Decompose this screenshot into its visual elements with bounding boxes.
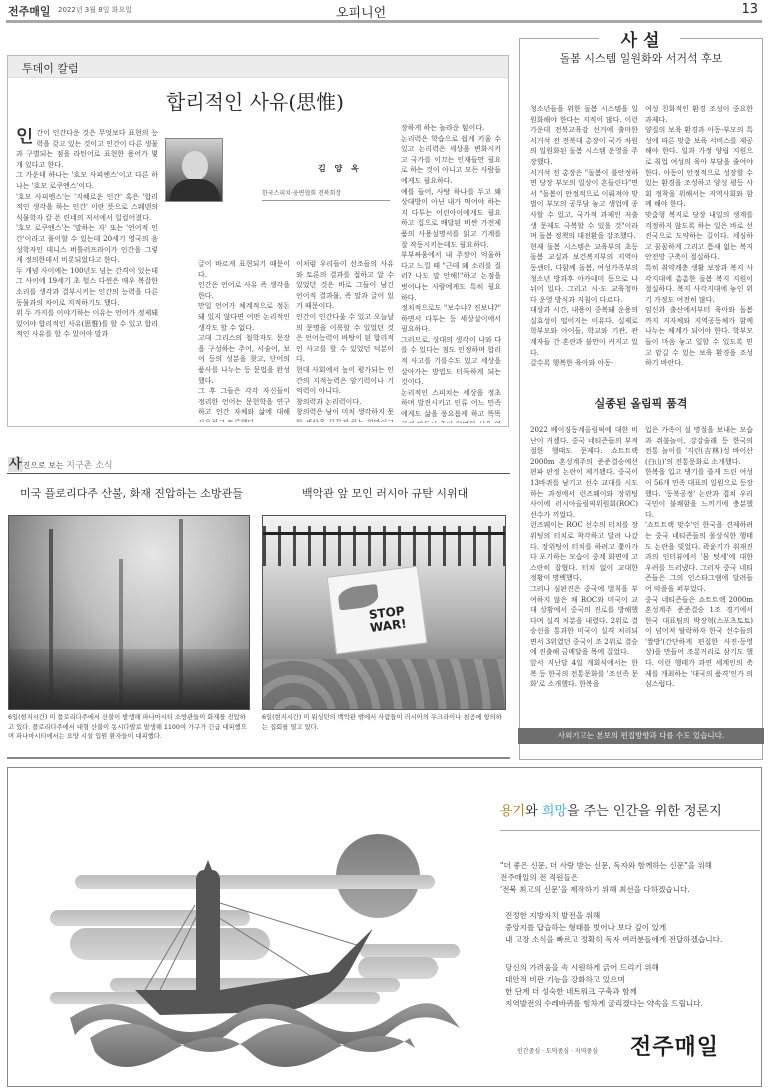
author-photo bbox=[165, 138, 223, 202]
editorial-2-col1: 2022 베이징동계올림픽에 대한 비난이 거셌다. 중국 네티즌들의 부적절한… bbox=[530, 425, 638, 717]
photo-1-title: 미국 플로리다주 산불, 화재 진압하는 소방관들 bbox=[20, 485, 243, 501]
protest-sign: STOP WAR! bbox=[327, 566, 428, 655]
section-initial: 사 bbox=[8, 457, 23, 472]
ad-paragraph-1: "더 좋은 신문, 더 사랑 받는 신문, 독자와 함께하는 신문"을 위해 전… bbox=[500, 860, 760, 896]
burnt-ground bbox=[9, 649, 249, 709]
photo-2-caption: 6일(현지시간) 미 워싱턴의 백악관 밖에서 사람들이 러시아의 우크라이나 … bbox=[262, 713, 506, 732]
ad-headline-hope: 희망 bbox=[542, 804, 567, 819]
page-number: 13 bbox=[741, 2, 758, 17]
issue-date: 2022년 3월 8일 화요일 bbox=[58, 5, 132, 15]
sign-text: STOP WAR! bbox=[368, 605, 408, 635]
ad-headline-connector: 와 bbox=[525, 804, 542, 819]
column-text-col2: 글이 바르게 표현되기 때문이다. 인간은 언어로 사유 즉 생각을 한다. 만… bbox=[198, 259, 290, 422]
editorial-headline-2: 실종된 올림픽 품격 bbox=[519, 395, 763, 411]
column-label: 투데이 칼럼 bbox=[22, 60, 79, 76]
column-col1-body: 간이 인간다운 것은 무엇보다 표현의 능력을 갖고 있는 것이고 인간이 다른… bbox=[16, 129, 158, 338]
section-label-small: 진으로 보는 bbox=[23, 461, 67, 470]
author-suit bbox=[170, 179, 220, 202]
ad-headline-rule bbox=[500, 830, 760, 831]
editorial-label: 사 설 bbox=[600, 26, 680, 51]
author-role: 한국스피치·웅변협회 전북회장 bbox=[262, 188, 341, 197]
ad-headline-courage: 용기 bbox=[500, 804, 525, 819]
column-title: 합리적인 사유(思惟) bbox=[0, 86, 510, 115]
wildfire-photo bbox=[8, 515, 250, 710]
drop-cap: 인 bbox=[16, 128, 33, 146]
column-label-bar: 투데이 칼럼 bbox=[8, 56, 508, 78]
column-text-col1: 인간이 인간다운 것은 무엇보다 표현의 능력을 갖고 있는 것이고 인간이 다… bbox=[16, 128, 158, 422]
editorial-1-col1: 청소년들을 위한 돌봄 시스템을 일원화해야 한다는 지적이 많다. 이런 가운… bbox=[530, 104, 638, 389]
editorial-2-col2: 입은 가족이 설 명절을 보내는 모습과 쥐불놀이, 강강술래 등 한국의 전통… bbox=[645, 425, 753, 717]
photo-news-divider bbox=[7, 473, 510, 474]
column-text-col3: 이처럼 우리들이 선조들의 사유와 토론의 결과를 접하고 알 수 있었던 것은… bbox=[296, 259, 394, 422]
paper-name: 전주매일 bbox=[8, 3, 51, 19]
editorial-top-rule-right bbox=[680, 38, 763, 39]
author-divider bbox=[262, 200, 390, 201]
ad-headline-rest: 을 주는 인간을 위한 정론지 bbox=[567, 804, 722, 819]
editorial-1-col2: 여성 친화적인 환경 조성이 중요한 과제다. 양질의 보육 환경과 아동·부모… bbox=[645, 104, 753, 389]
photo-news-section-label: 사진으로 보는 지구촌 소식 bbox=[8, 453, 113, 472]
fence-rail bbox=[263, 532, 505, 535]
ad-slogan: 인간중심 · 도덕중심 · 지역중심 bbox=[517, 1046, 598, 1055]
protesters bbox=[263, 659, 505, 709]
contribution-disclaimer: 사외기고는 본보의 편집방향과 다를 수도 있습니다. bbox=[518, 728, 764, 744]
photo-2-title: 백악관 앞 모인 러시아 규탄 시위대 bbox=[302, 485, 468, 501]
ship-illustration bbox=[20, 800, 480, 1070]
header-divider bbox=[6, 20, 762, 23]
ad-logo: 전주매일 bbox=[630, 1030, 719, 1061]
section-label-grey: 지구촌 소식 bbox=[66, 461, 112, 471]
protest-photo: STOP WAR! bbox=[262, 515, 506, 710]
ad-paragraph-3: 당신의 가려움을 속 시원하게 긁어 드리기 위해 대안적 비판 기능을 강화하… bbox=[505, 962, 760, 1010]
photo-1-caption: 6일(현지시간) 미 플로리다주에서 산불이 발생해 파나마시티 소방관들이 화… bbox=[8, 713, 250, 742]
author-name: 김 양 옥 bbox=[318, 163, 362, 174]
section-title: 오피니언 bbox=[336, 2, 386, 21]
editorial-headline-1: 돌봄 시스템 일원화와 서거석 후보 bbox=[519, 50, 763, 66]
editorial-top-rule-left bbox=[519, 38, 599, 39]
photo-news-bottom-rule bbox=[7, 757, 510, 759]
ad-paragraph-2: 진정한 지방자치 발전을 위해 중앙지를 답습하는 형태를 벗어나 보다 깊이 … bbox=[505, 910, 760, 946]
author-face bbox=[182, 151, 208, 181]
column-text-col4: 장하게 하는 놀라운 힘이다. 논리력은 학습으로 쉽게 키울 수 있고 논리력… bbox=[401, 123, 501, 423]
ad-headline: 용기와 희망을 주는 인간을 위한 정론지 bbox=[500, 800, 722, 819]
